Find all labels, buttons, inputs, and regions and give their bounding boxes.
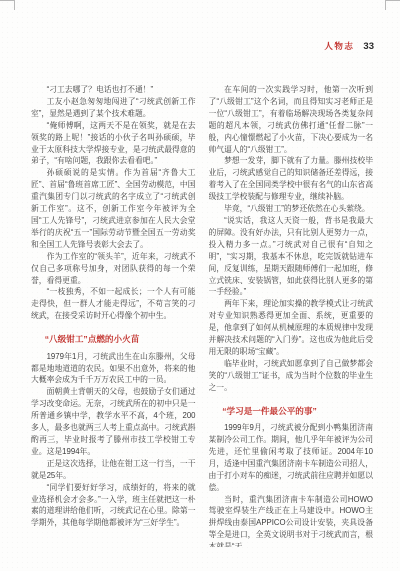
page-number: 33 — [363, 41, 374, 52]
crop-mark-top-right — [385, 0, 400, 10]
body-paragraph: 正是这次选择，让他在钳工这一行当，一干就是25年。 — [31, 458, 196, 482]
body-paragraph: 在车间的一次实践学习时，他第一次听到了“八级钳工”这个名词，而且得知实习老师正是… — [209, 84, 374, 155]
body-paragraph: 临毕业时，刁统武如愿拿到了自己做梦都会笑的“八级钳工”证书，成为当时个位数的毕业… — [209, 358, 374, 394]
section-heading: “八级钳工”点燃的小火苗 — [31, 333, 196, 346]
body-paragraph: 孙硕硕说的是实情。作为首届“齐鲁大工匠”、首届“鲁班首席工匠”、全国劳动模范，中… — [31, 167, 196, 250]
body-paragraph: “刁工去哪了？电话也打不通！” — [31, 84, 196, 96]
body-paragraph: 面朝黄土背朝天的父母，也鼓励子女们通过学习改变命运。无奈，刁统武所在的初中只是一… — [31, 386, 196, 457]
left-column: “刁工去哪了？电话也打不通！”工友小赵急匆匆地闯进了“刁统武创新工作室”，显然是… — [31, 84, 196, 547]
body-paragraph: “同学们要好好学习，成绩好的，将来的就业选择机会才会多。”一入学，班主任就把这一… — [31, 482, 196, 530]
body-paragraph: 两年下来，理论加实操的教学模式让刁统武对专业知识熟悉得更加全面、系统，更重要的是… — [209, 298, 374, 358]
magazine-page: 人物志 33 “刁工去哪了？电话也打不通！”工友小赵急匆匆地闯进了“刁统武创新工… — [0, 0, 400, 571]
body-paragraph: “俺师傅啊，这两天不是在领奖，就是在去领奖的路上呢！”接话的小伙子名叫孙硕硕，毕… — [31, 120, 196, 168]
page-header: 人物志 33 — [324, 40, 374, 52]
body-paragraph: 1999年9月，刁统武被分配到小鸭集团济南某制冷公司工作。期间，他几乎年年被评为… — [209, 422, 374, 493]
body-paragraph: “一枝独秀，不如一起成长；一个人有可能走得快，但一群人才能走得远”，不苟言笑的刁… — [31, 286, 196, 322]
article-body: “刁工去哪了？电话也打不通！”工友小赵急匆匆地闯进了“刁统武创新工作室”，显然是… — [31, 84, 373, 547]
body-paragraph: “说实话，我这人天资一般，背书是我最大的屏障。没有好办法，只有比别人更努力一点，… — [209, 215, 374, 298]
section-heading: “学习是一件最公平的事” — [209, 405, 374, 418]
right-column: 在车间的一次实践学习时，他第一次听到了“八级钳工”这个名词，而且得知实习老师正是… — [209, 84, 374, 547]
section-title: 人物志 — [324, 40, 354, 52]
body-paragraph: 毕竟，“八级钳工”的梦还依然在心头萦绕。 — [209, 203, 374, 215]
body-paragraph: 梦想一发芽，脚下就有了力量。滕州技校毕业后，刁统武感觉自己的知识储备还差得远，接… — [209, 155, 374, 203]
body-paragraph: 工友小赵急匆匆地闯进了“刁统武创新工作室”，显然是遇到了某个技术难题。 — [31, 96, 196, 120]
body-paragraph: 当时，重汽集团济南卡车制造公司HOWO驾驶室焊装生产线正在上马建设中。HOWO主… — [209, 494, 374, 548]
crop-mark-top-left — [0, 0, 15, 10]
body-paragraph: 1979年1月，刁统武出生在山东滕州，父母都是地地道道的农民。如果不出意外，将来… — [31, 351, 196, 387]
body-paragraph: 作为工作室的“领头羊”，近年来，刁统武不仅自己多项称号加身，对团队获得的每一个荣… — [31, 251, 196, 287]
